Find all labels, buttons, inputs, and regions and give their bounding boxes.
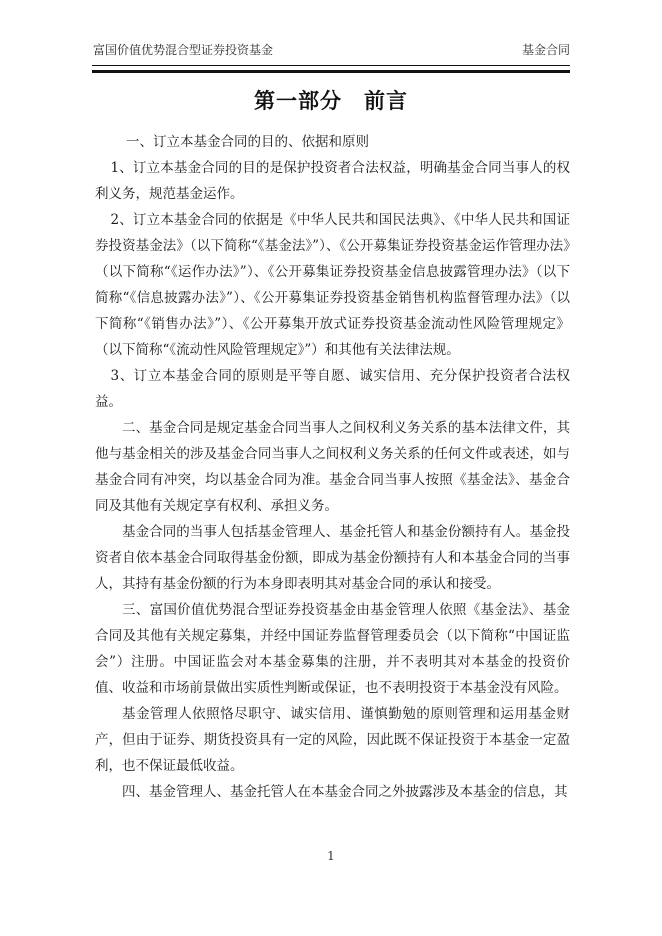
page-number: 1 — [327, 849, 335, 863]
paragraph: 基金管理人依照恪尽职守、诚实信用、谨慎勤勉的原则管理和运用基金财产，但由于证券、… — [95, 701, 570, 779]
page-footer: 1 — [0, 849, 662, 863]
header-running-title: 富国价值优势混合型证券投资基金 — [93, 43, 273, 58]
page-header: 富国价值优势混合型证券投资基金 基金合同 — [93, 43, 570, 58]
paragraph: 一、订立本基金合同的目的、依据和原则 — [95, 129, 570, 155]
header-divider-rule — [92, 65, 570, 73]
document-page: 富国价值优势混合型证券投资基金 基金合同 第一部分 前言 一、订立本基金合同的目… — [0, 0, 662, 936]
paragraph: 三、富国价值优势混合型证券投资基金由基金管理人依照《基金法》、基金合同及其他有关… — [95, 597, 570, 701]
document-body: 一、订立本基金合同的目的、依据和原则1、订立本基金合同的目的是保护投资者合法权益… — [95, 129, 570, 805]
paragraph: 二、基金合同是规定基金合同当事人之间权利义务关系的基本法律文件，其他与基金相关的… — [95, 415, 570, 519]
paragraph: 1、订立本基金合同的目的是保护投资者合法权益，明确基金合同当事人的权利义务，规范… — [95, 155, 570, 207]
paragraph: 3、订立本基金合同的原则是平等自愿、诚实信用、充分保护投资者合法权益。 — [95, 363, 570, 415]
header-doc-type: 基金合同 — [522, 43, 570, 58]
paragraph: 2、订立本基金合同的依据是《中华人民共和国民法典》、《中华人民共和国证券投资基金… — [95, 207, 570, 363]
paragraph: 基金合同的当事人包括基金管理人、基金托管人和基金份额持有人。基金投资者自依本基金… — [95, 519, 570, 597]
paragraph: 四、基金管理人、基金托管人在本基金合同之外披露涉及本基金的信息，其 — [95, 779, 570, 805]
section-title: 第一部分 前言 — [0, 85, 662, 115]
